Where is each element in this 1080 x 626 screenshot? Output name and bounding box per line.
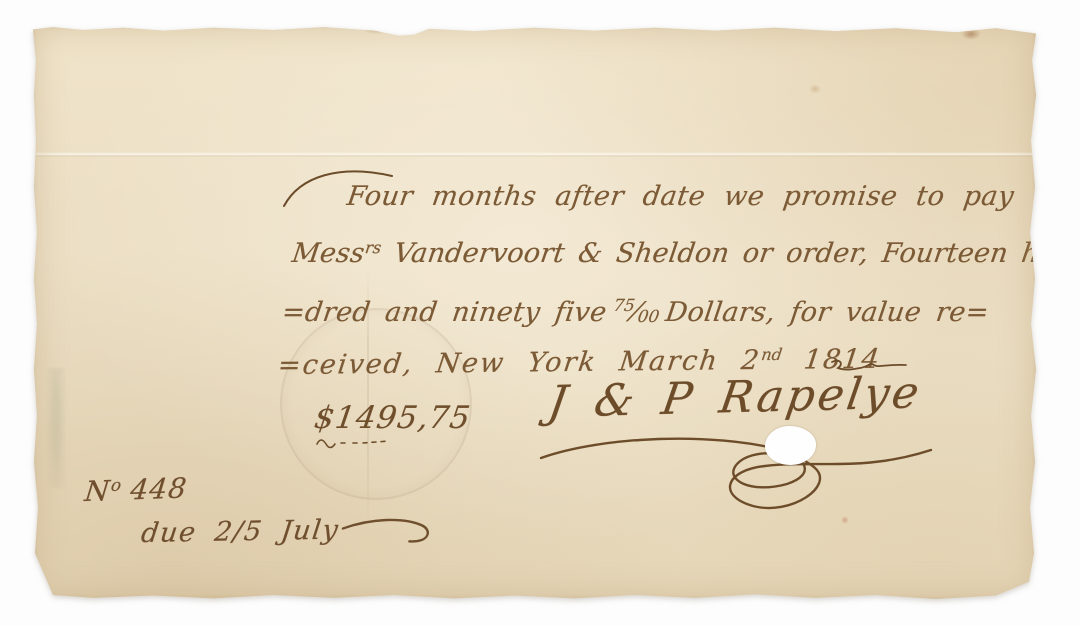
fraction-numerator: 75 bbox=[612, 295, 636, 315]
note-body-line-2: Messrs Vandervoort & Sheldon or order, F… bbox=[290, 238, 1077, 269]
punch-hole bbox=[765, 426, 816, 465]
note-body-line-1: Four months after date we promise to pay bbox=[345, 181, 1016, 212]
amount-words: =dred and ninety five bbox=[280, 297, 609, 328]
note-body-line-3: =dred and ninety five75⁄00Dollars, for v… bbox=[280, 295, 991, 328]
number-value: 448 bbox=[119, 471, 189, 506]
ink-show-through bbox=[43, 368, 69, 488]
payee-names: Vandervoort & Sheldon or order, Fourteen… bbox=[378, 238, 1076, 269]
value-clause: Dollars, for value re= bbox=[663, 297, 991, 328]
signature-text: J & P Rapelye bbox=[545, 367, 925, 428]
due-flourish bbox=[339, 513, 439, 549]
due-date-note: due 2/5 July bbox=[139, 513, 439, 552]
scan-background: { "colors": { "paper": "#ecdfc5", "ink":… bbox=[0, 0, 1080, 626]
payee-prefix: Mess bbox=[290, 238, 366, 269]
amount-text: $1495,75 bbox=[312, 400, 473, 436]
due-text: due 2/5 July bbox=[139, 515, 341, 549]
signature: J & P Rapelye bbox=[545, 367, 925, 428]
note-paper: Four months after date we promise to pay… bbox=[33, 26, 1036, 599]
cents-fraction: 75⁄00 bbox=[610, 297, 661, 328]
body-line-1-text: Four months after date we promise to pay bbox=[345, 181, 1016, 212]
stain-spot bbox=[809, 84, 821, 94]
horizontal-fold-crease bbox=[33, 152, 1036, 157]
amount-figure: $1495,75 bbox=[312, 400, 473, 436]
number-prefix: N bbox=[83, 474, 112, 508]
stain-spot bbox=[363, 24, 389, 34]
date-ordinal: nd bbox=[760, 345, 783, 364]
stain-spot bbox=[841, 516, 849, 524]
note-number: No 448 bbox=[83, 471, 189, 508]
signature-flourish bbox=[533, 424, 953, 544]
stain-spot bbox=[961, 28, 981, 40]
promissory-note-document: Four months after date we promise to pay… bbox=[33, 26, 1036, 599]
fraction-denominator: 00 bbox=[636, 306, 660, 326]
